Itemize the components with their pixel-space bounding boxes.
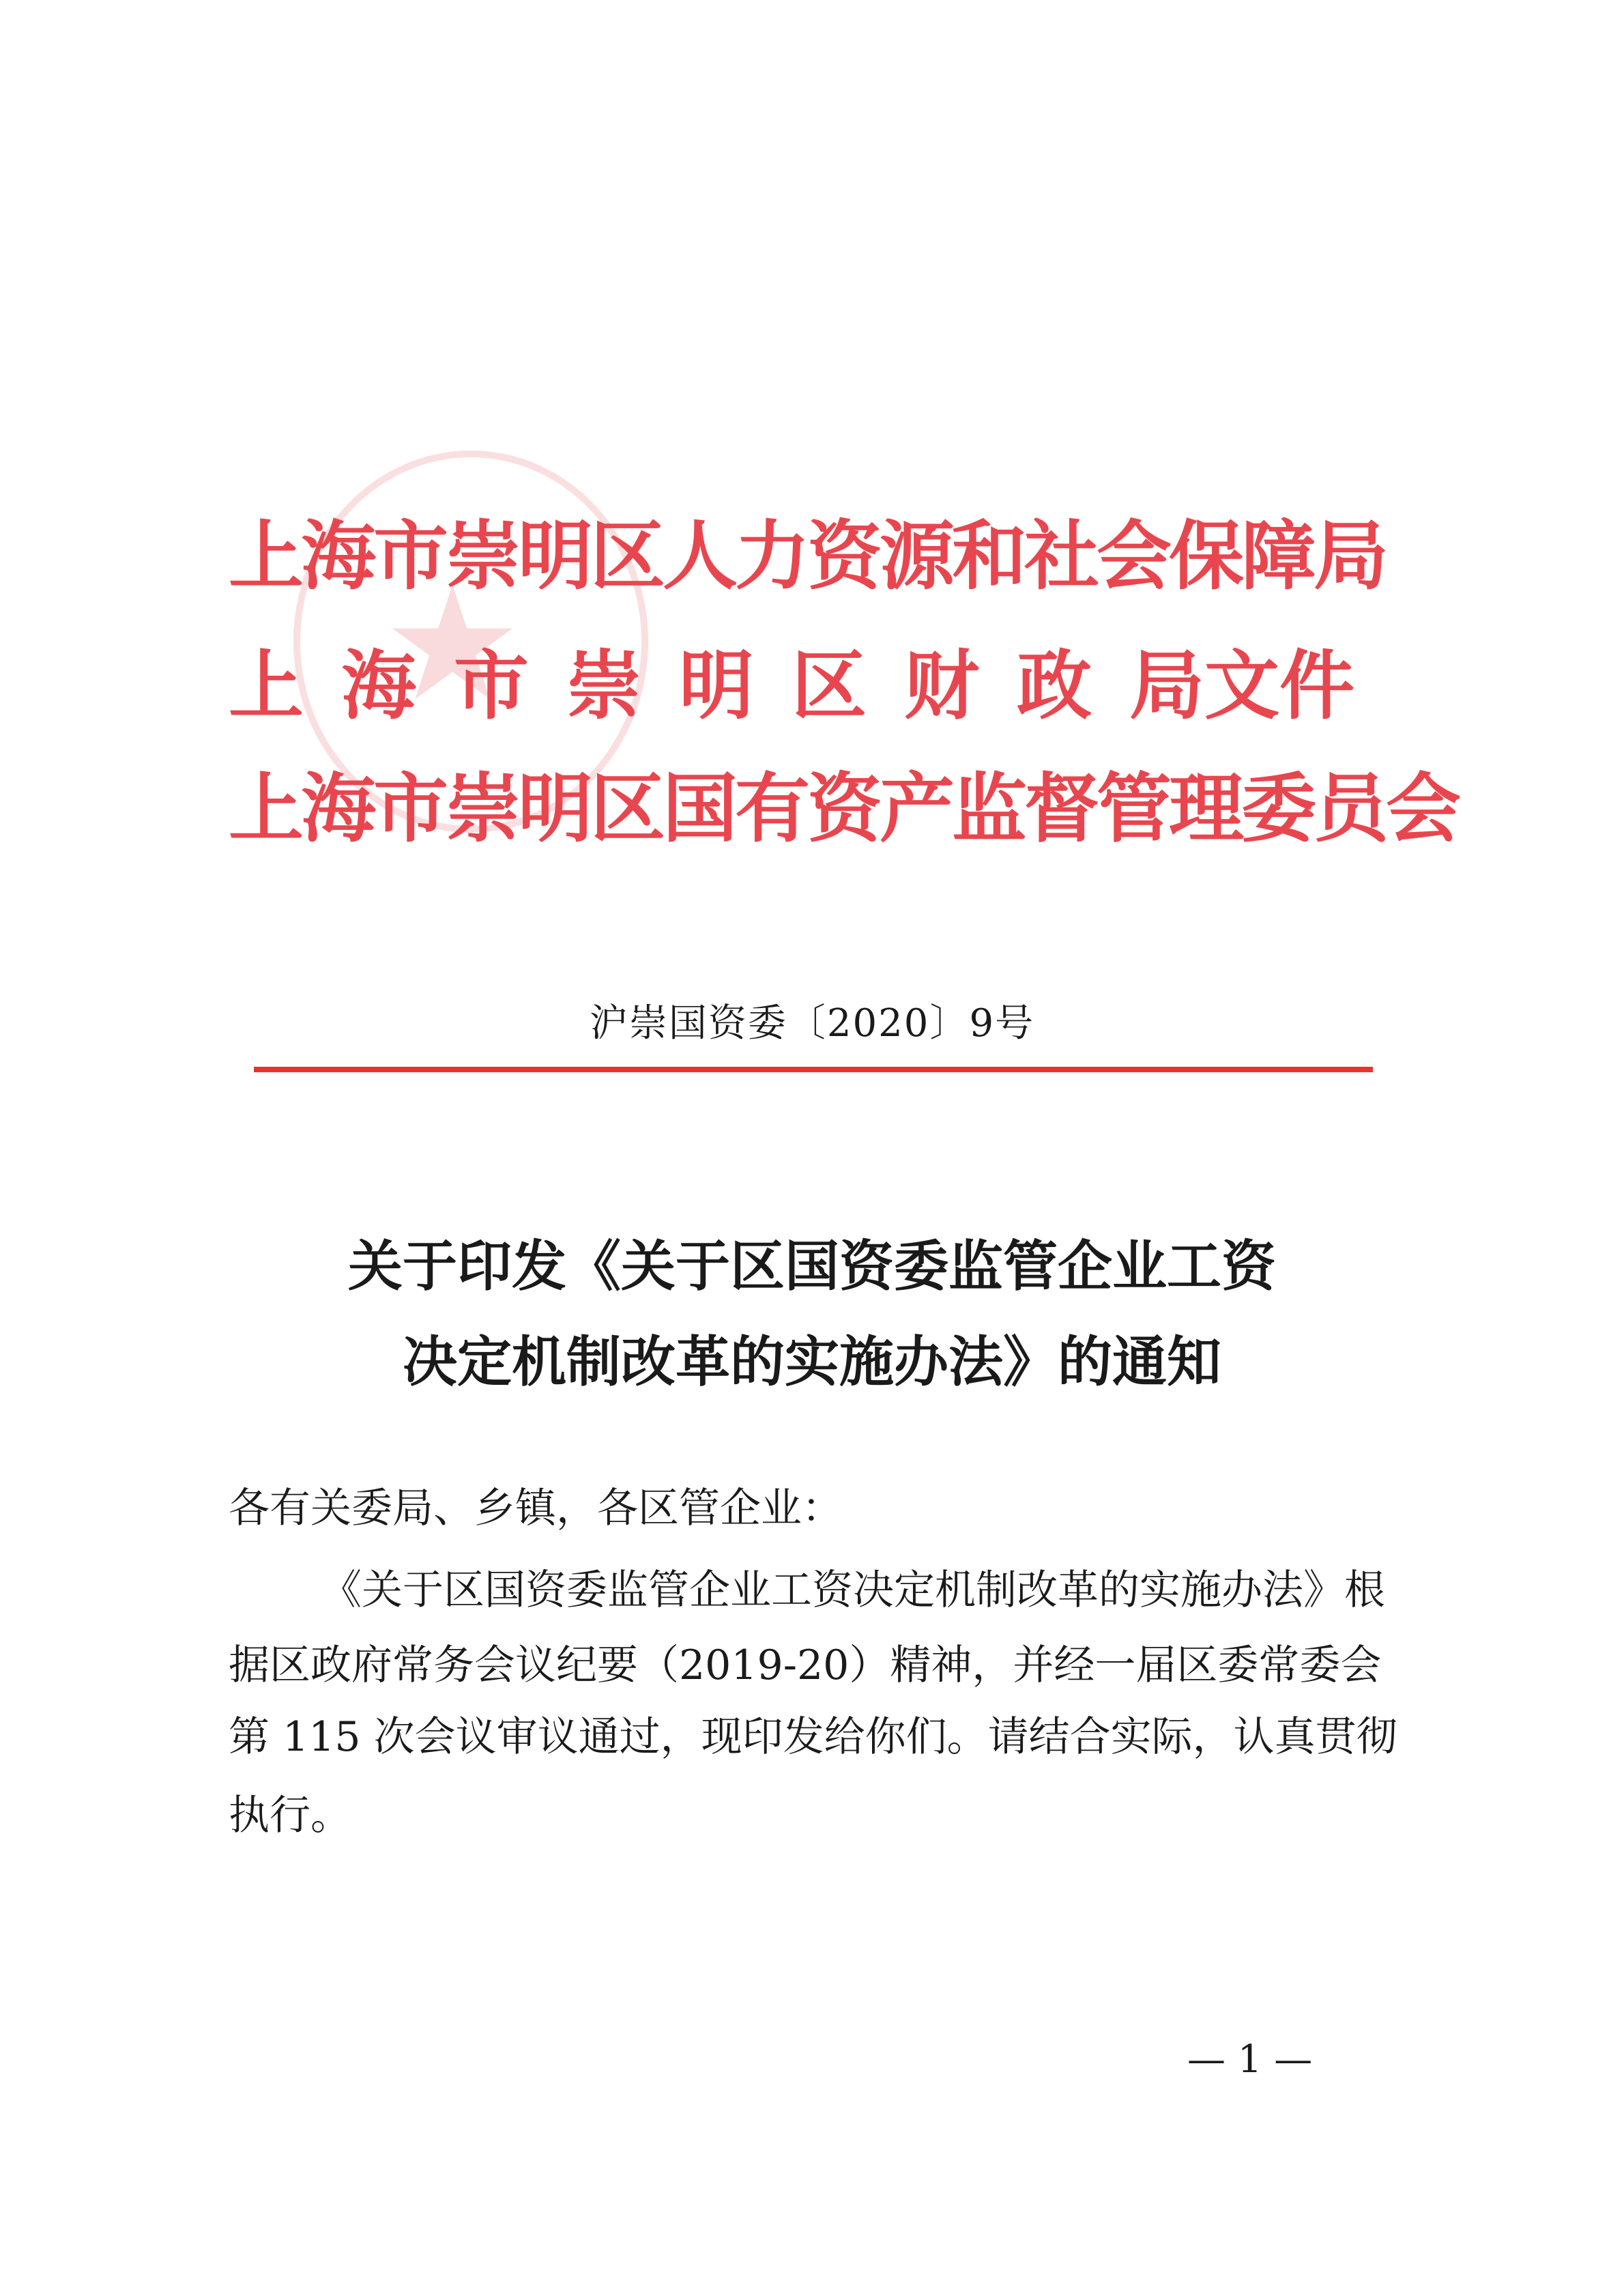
issuer-char: 财 bbox=[904, 648, 1017, 723]
body-line: 据区政府常务会议纪要（2019-20）精神，并经一届区委常委会 bbox=[229, 1645, 1389, 1686]
salutation: 各有关委局、乡镇，各区管企业： bbox=[229, 1488, 1389, 1529]
issuer-char: 政 bbox=[1017, 648, 1129, 723]
issuer-finance-bureau: 上海市崇明区财政局文件 bbox=[229, 648, 1354, 723]
issuer-char: 崇 bbox=[566, 648, 679, 723]
document-title-line2: 决定机制改革的实施办法》的通知 bbox=[0, 1334, 1624, 1389]
body-line: 执行。 bbox=[229, 1795, 1389, 1836]
body-line: 《关于区国资委监管企业工资决定机制改革的实施办法》根 bbox=[321, 1570, 1481, 1611]
document-number: 沪崇国资委〔2020〕9号 bbox=[0, 993, 1624, 1048]
issuer-char: 明 bbox=[679, 648, 792, 723]
body-line: 第 115 次会议审议通过，现印发给你们。请结合实际，认真贯彻 bbox=[229, 1717, 1389, 1757]
issuer-char: 市 bbox=[454, 648, 566, 723]
issuer-hr-bureau: 上海市崇明区人力资源和社会保障局 bbox=[229, 519, 1386, 594]
page-number: — 1 — bbox=[1187, 2037, 1312, 2082]
issuer-char: 海 bbox=[341, 648, 454, 723]
document-title-line1: 关于印发《关于区国资委监管企业工资 bbox=[0, 1239, 1624, 1293]
issuer-char: 上 bbox=[229, 648, 341, 723]
red-divider bbox=[254, 1067, 1373, 1072]
issuer-char: 局文件 bbox=[1129, 648, 1354, 723]
issuer-char: 区 bbox=[792, 648, 904, 723]
issuer-sasac: 上海市崇明区国有资产监督管理委员会 bbox=[229, 771, 1458, 846]
